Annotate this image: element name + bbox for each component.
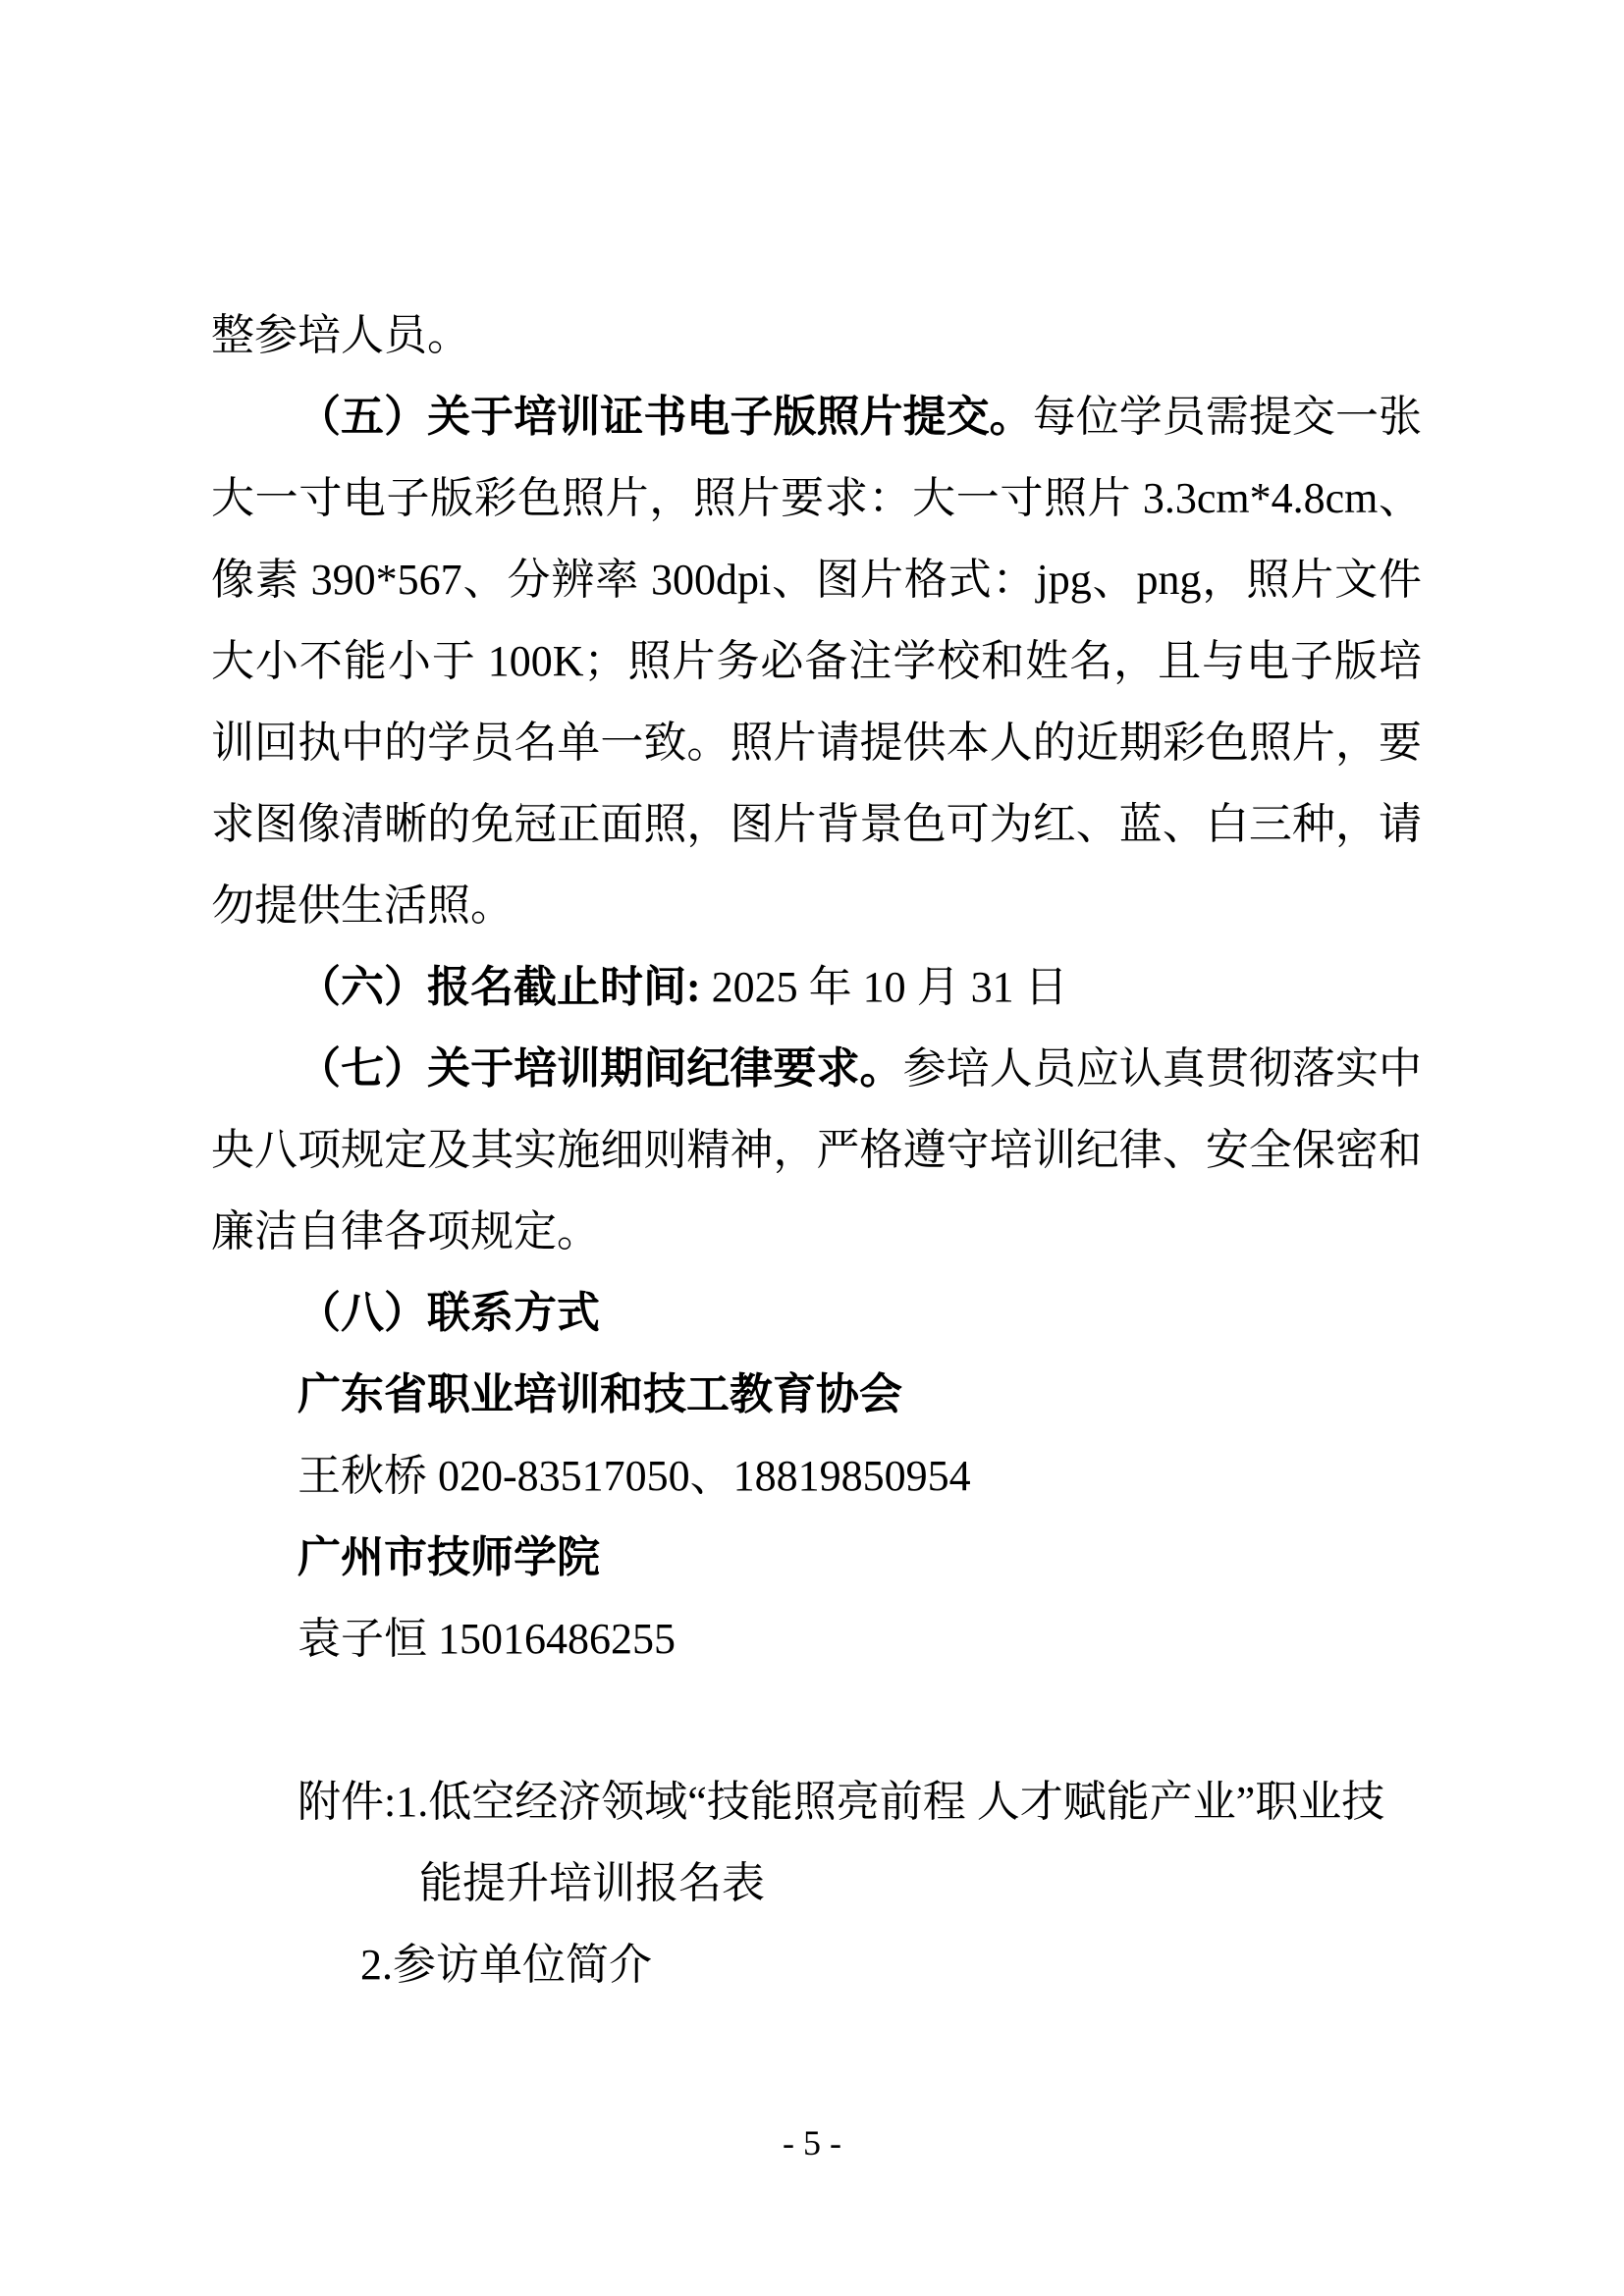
section-8-heading: （八）联系方式 — [298, 1289, 600, 1337]
contact-person-yuan: 袁子恒 15016486255 — [211, 1598, 1422, 1680]
contact-person-wang-text: 王秋桥 020-83517050、18819850954 — [298, 1452, 971, 1500]
contact-org-gdvta-name: 广东省职业培训和技工教育协会 — [298, 1370, 902, 1418]
document-page: 整参培人员。 （五）关于培训证书电子版照片提交。每位学员需提交一张大一寸电子版彩… — [0, 0, 1624, 2296]
section-5-photo-submission: （五）关于培训证书电子版照片提交。每位学员需提交一张大一寸电子版彩色照片，照片要… — [211, 376, 1422, 946]
section-8-contact-heading: （八）联系方式 — [211, 1272, 1422, 1354]
section-5-heading: （五）关于培训证书电子版照片提交。 — [298, 393, 1033, 441]
contact-org-gzti: 广州市技师学院 — [211, 1517, 1422, 1598]
blank-line — [211, 1680, 1422, 1761]
section-6-deadline: （六）报名截止时间: 2025 年 10 月 31 日 — [211, 946, 1422, 1028]
contact-org-gdvta: 广东省职业培训和技工教育协会 — [211, 1354, 1422, 1435]
section-6-body: 2025 年 10 月 31 日 — [701, 963, 1068, 1011]
section-6-heading: （六）报名截止时间: — [298, 963, 701, 1011]
contact-person-wang: 王秋桥 020-83517050、18819850954 — [211, 1435, 1422, 1517]
section-5-body: 每位学员需提交一张大一寸电子版彩色照片，照片要求：大一寸照片 3.3cm*4.8… — [211, 393, 1422, 930]
attachment-label-and-item1: 附件:1.低空经济领域“技能照亮前程 人才赋能产业”职业技 — [298, 1778, 1384, 1826]
section-7-heading: （七）关于培训期间纪律要求。 — [298, 1044, 903, 1093]
attachment-item1-continuation: 能提升培训报名表 — [419, 1859, 765, 1907]
attachment-line-3: 2.参访单位简介 — [360, 1924, 1422, 2005]
attachment-line-2: 能提升培训报名表 — [419, 1842, 1422, 1924]
continuation-line: 整参培人员。 — [211, 294, 1422, 376]
page-number: - 5 - — [0, 2120, 1624, 2165]
page-number-text: - 5 - — [783, 2123, 841, 2163]
attachment-line-1: 附件:1.低空经济领域“技能照亮前程 人才赋能产业”职业技 — [298, 1761, 1422, 1842]
contact-person-yuan-text: 袁子恒 15016486255 — [298, 1615, 676, 1663]
contact-org-gzti-name: 广州市技师学院 — [298, 1533, 600, 1581]
attachment-item2: 2.参访单位简介 — [360, 1941, 652, 1989]
section-7-discipline: （七）关于培训期间纪律要求。参培人员应认真贯彻落实中央八项规定及其实施细则精神，… — [211, 1028, 1422, 1272]
document-body: 整参培人员。 （五）关于培训证书电子版照片提交。每位学员需提交一张大一寸电子版彩… — [211, 294, 1422, 2005]
body-text: 整参培人员。 — [211, 311, 470, 359]
